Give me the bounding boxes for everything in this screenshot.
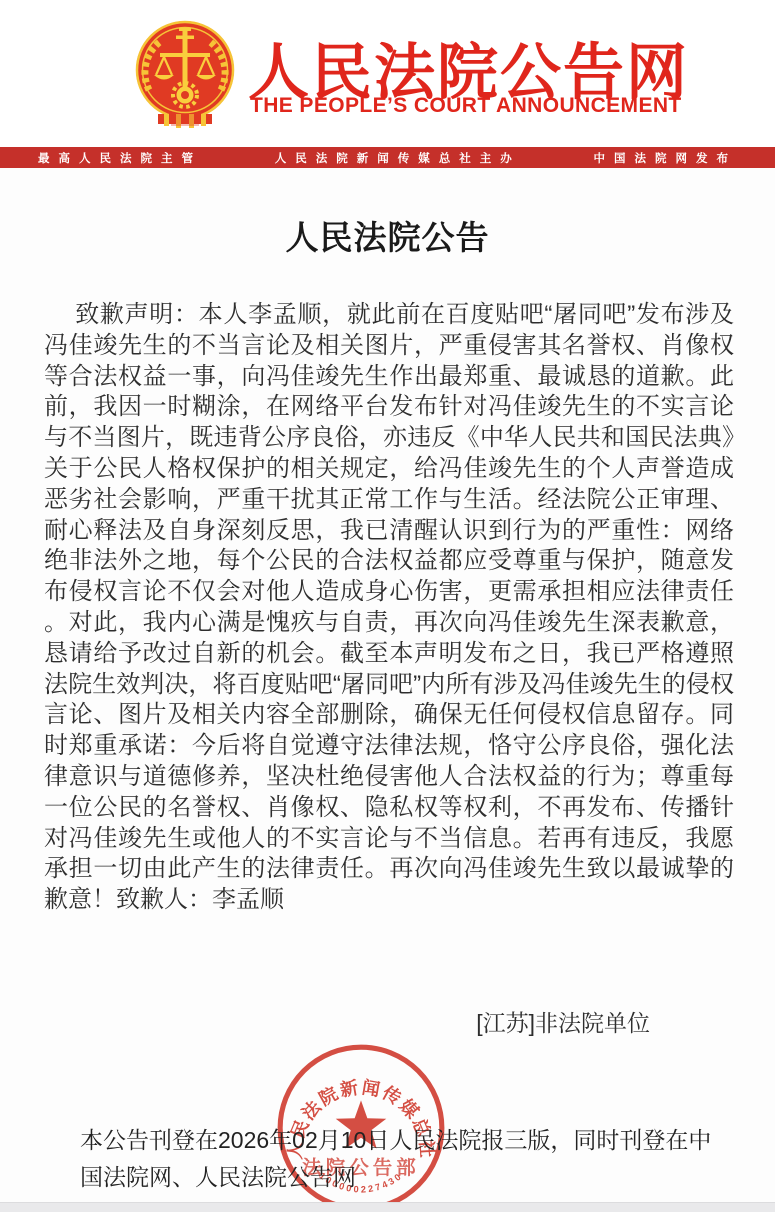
- header-banner: 最高人民法院主管 人民法院新闻传媒总社主办 中国法院网发布: [0, 147, 775, 168]
- banner-organizer-label: 人民法院新闻传媒总社主办: [275, 150, 521, 166]
- announcement-title: 人民法院公告: [0, 212, 775, 259]
- ribbon-icon: [158, 114, 212, 128]
- publication-note: 本公告刊登在2026年02月10日人民法院报三版，同时刊登在中国法院网、人民法院…: [80, 1122, 730, 1196]
- announcement-page: 人民法院公告网 THE PEOPLE’S COURT ANNOUNCEMENT …: [0, 0, 775, 1212]
- court-emblem-icon: [130, 18, 240, 136]
- court-emblem-logo: [130, 18, 240, 136]
- banner-publisher-label: 中国法院网发布: [594, 150, 738, 166]
- bottom-strip: [0, 1202, 775, 1212]
- announcement-body: 致歉声明：本人李孟顺，就此前在百度贴吧“屠同吧”发布涉及冯佳竣先生的不当言论及相…: [44, 300, 734, 916]
- site-subtitle: THE PEOPLE’S COURT ANNOUNCEMENT: [250, 94, 650, 118]
- banner-supervisor-label: 最高人民法院主管: [38, 150, 202, 166]
- publisher-unit-label: [江苏]非法院单位: [0, 1005, 775, 1038]
- site-header: 人民法院公告网 THE PEOPLE’S COURT ANNOUNCEMENT: [0, 0, 775, 147]
